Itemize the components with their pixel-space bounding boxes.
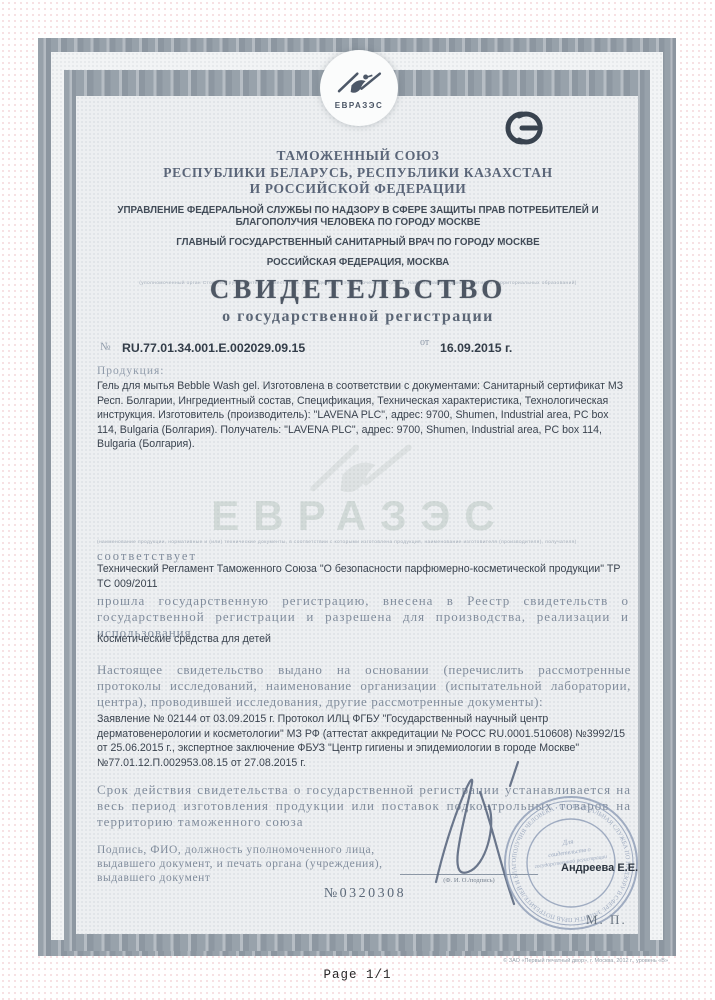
basis-label: Настоящее свидетельство выдано на основа…	[97, 662, 631, 710]
authority-country: РОССИЙСКАЯ ФЕДЕРАЦИЯ, МОСКВА	[80, 257, 636, 270]
eurasec-logo-label: ЕВРАЗЭС	[335, 101, 384, 110]
registration-date: 16.09.2015 г.	[440, 341, 512, 355]
stamp-center-line1: Для	[561, 837, 574, 847]
eurasec-bird-icon	[334, 66, 384, 103]
union-title-line1: ТАМОЖЕННЫЙ СОЮЗ	[80, 148, 636, 165]
eurasec-medallion: ЕВРАЗЭС	[320, 50, 398, 126]
authority-name: УПРАВЛЕНИЕ ФЕДЕРАЛЬНОЙ СЛУЖБЫ ПО НАДЗОРУ…	[80, 205, 636, 231]
union-title-line3: И РОССИЙСКОЙ ФЕДЕРАЦИИ	[80, 181, 636, 198]
union-title-line2: РЕСПУБЛИКИ БЕЛАРУСЬ, РЕСПУБЛИКИ КАЗАХСТА…	[80, 165, 636, 182]
product-description: Гель для мытья Bebble Wash gel. Изготовл…	[97, 379, 629, 452]
watermark-text: ЕВРАЗЭС	[140, 492, 580, 540]
signature-label: Подпись, ФИО, должность уполномоченного …	[97, 843, 397, 885]
stamp-place-label: М. П.	[586, 912, 627, 928]
registration-number: RU.77.01.34.001.Е.002029.09.15	[122, 341, 305, 355]
product-category: Косметические средства для детей	[97, 632, 629, 647]
se-conformity-mark-icon	[492, 103, 552, 153]
document-title: СВИДЕТЕЛЬСТВО	[80, 274, 636, 305]
compliance-caption: (наименование продукции, нормативные и (…	[97, 540, 629, 545]
product-label: Продукция:	[97, 365, 164, 377]
document-subtitle: о государственной регистрации	[80, 308, 636, 326]
page-number: Page 1/1	[0, 968, 715, 982]
approver-name: Андреева Е.Е.	[561, 862, 638, 874]
printing-house-info: © ЗАО «Первый печатный двор», г. Москва,…	[300, 958, 668, 964]
date-label: от	[420, 337, 429, 348]
number-label: №	[100, 341, 111, 353]
certificate-page: ЕВРАЗЭС ТАМОЖЕННЫЙ СОЮЗ РЕСПУБЛИКИ БЕЛАР…	[0, 0, 715, 1000]
blank-serial-number: №0320308	[300, 886, 430, 902]
authority-chief: ГЛАВНЫЙ ГОСУДАРСТВЕННЫЙ САНИТАРНЫЙ ВРАЧ …	[80, 237, 636, 250]
header-block: ТАМОЖЕННЫЙ СОЮЗ РЕСПУБЛИКИ БЕЛАРУСЬ, РЕС…	[80, 148, 636, 286]
technical-regulation: Технический Регламент Таможенного Союза …	[97, 562, 629, 591]
